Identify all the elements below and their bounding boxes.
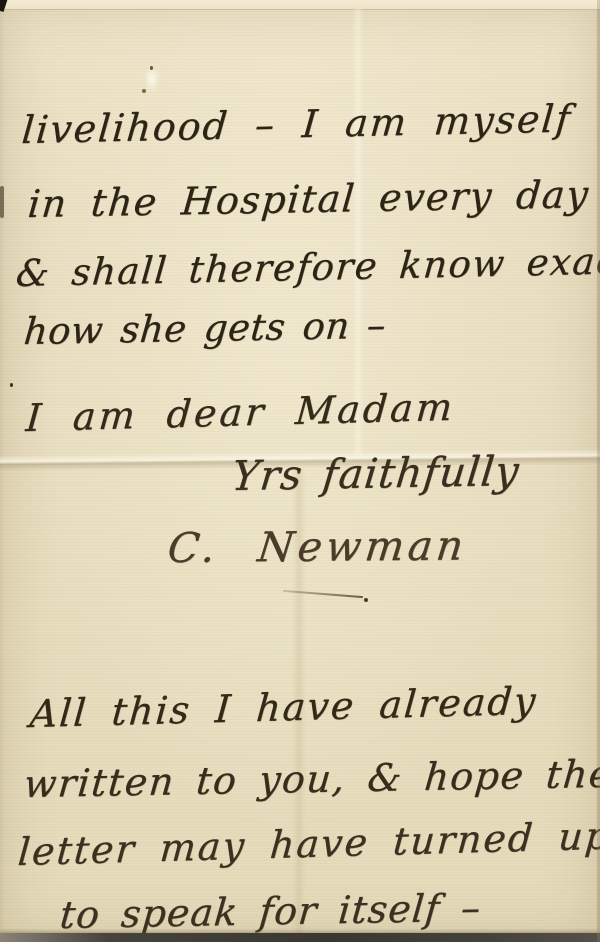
letter-scan: livelihood – I am myself in the Hospital… xyxy=(0,0,600,942)
postscript-line-4: to speak for itself – xyxy=(58,886,483,937)
letter-body-line-4: how she gets on – xyxy=(22,304,388,353)
signature-flourish-dot xyxy=(364,598,368,602)
paper-speck xyxy=(142,89,146,93)
ink-speck xyxy=(10,383,13,387)
paper-edge-smudge xyxy=(0,186,4,218)
scan-bottom-edge xyxy=(0,933,600,942)
paper-dent xyxy=(146,70,160,92)
valediction-line: Yrs faithfully xyxy=(229,447,521,500)
signature: C. Newman xyxy=(165,521,469,572)
paper-speck xyxy=(150,66,153,70)
paper-top-edge xyxy=(0,0,600,10)
